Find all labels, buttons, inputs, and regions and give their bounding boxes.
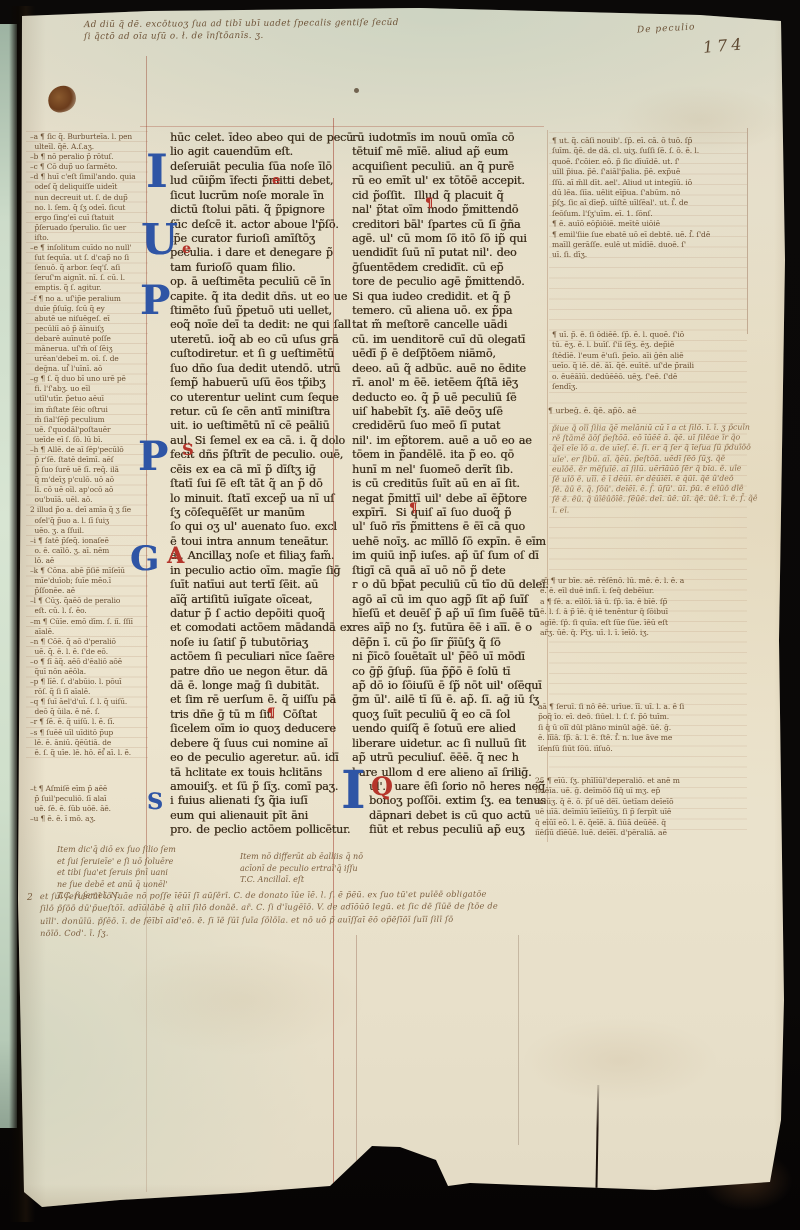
text-line: pecūliī aō p̃ āīnuiſʒ <box>30 324 150 334</box>
text-line: uē. ſē. ē. ſūb uōē. āē. <box>30 804 150 814</box>
text-line: p̃ ſuo ſurē uē ſī. req̃. ilā <box>30 465 150 475</box>
parchment-page: Ad diū q̃ dē. excōtuoʒ ſua ad tibī ubī u… <box>0 0 800 1230</box>
text-line: ¶ ut. q̃. cāſi nouib'. ſp̃. eī. cā. ō tu… <box>552 136 752 146</box>
text-line: agō aī cū im quo agp̃ ſīt ap̃ ſuīſ <box>352 593 542 607</box>
text-line: quoē. ſ'cōier. eō. p̃ ſic dīuīdē. ut. ſ' <box>552 157 752 167</box>
text-line: r o dū bp̃at peculiū cū tīo dū deleī. <box>352 578 542 592</box>
text-line: tris dñe ḡ tū m ſit. Cōſtat <box>170 708 336 722</box>
text-line: ſendīʒ. <box>552 382 752 392</box>
text-line: ē. ſ. q̃ uīe. lē. hō. ēſ̄ aī. l. ē. <box>30 748 150 758</box>
text-line: ē. l. ſ. ā p̃ īē. q̄ iē tenēntur q̄ ſōib… <box>540 607 750 617</box>
text-line: ē. ē. eīl duē inſī. ī. ſeq̄ debēīur. <box>540 586 750 596</box>
text-line: abutē ue niſuēgeſ. eī <box>30 314 150 324</box>
cursive-gloss-right: p̃iue q̃ oīī ſilia q̃ē melāniū cū ī a ct… <box>552 422 792 515</box>
text-line: Si qua iudeo credidit. et q̃ p̃ <box>352 290 542 304</box>
text-line: rōſ. q̃ ſi ſī aīalē. <box>30 687 150 697</box>
header-annotation: Ad diū q̃ dē. excōtuoʒ ſua ad tibī ubī u… <box>84 17 399 43</box>
text-line: Ad diū q̃ dē. excōtuoʒ ſua ad tibī ubī u… <box>84 17 399 31</box>
marginal-gloss-right-block1: ¶ ut. q̃. cāſi nouib'. ſp̃. eī. cā. ō tu… <box>552 136 752 261</box>
text-line: –f ¶ no a. uſ'ip̃e peralium <box>30 294 150 304</box>
text-line: –q ¶ ſuī āel'd'uī. ſ. l. q̃ uiſū. <box>30 697 150 707</box>
text-line: im quiū inp̃ iuſes. ap̃ ūſ ſum oſ dī <box>352 549 542 563</box>
text-line: ueīo. q̃ iē. dē. āī. q̃ē. euītē. uſ'de p… <box>552 361 752 371</box>
text-line: p̃ ſuil'peculiō. ſī alaī <box>30 794 150 804</box>
text-line: fecit dñs p̃ſtrīt de peculio. ouē, <box>170 448 336 462</box>
text-line: –l ¶ Cūʒ. q̃aēō de peralio <box>30 596 150 606</box>
text-line: maīll gerāſſe. eulē ut mīdīē. duoē. ſ' <box>552 240 752 250</box>
text-line: actōem ſi peculiari nīce ſaēre <box>170 650 336 664</box>
text-line: in peculio actio oīm. magīe ſiḡ <box>170 564 336 578</box>
text-line: deḡna. uſ̄ l'uīnī. aō <box>30 364 150 374</box>
text-line: uiſ habebīt ſʒ. aīē deōʒ uſē <box>352 405 542 419</box>
text-line: oſel'q̃ p̃uo a. l. ſī ſuiʒ <box>30 516 150 526</box>
text-line: uēdī p̃ ē deſp̃tōem niāmō, <box>352 347 542 361</box>
folio-number: 174 <box>702 34 746 57</box>
text-line: iſto. <box>30 233 150 243</box>
text-line: ſūc deſcē it. actor aboue l'p̃ſō. <box>170 218 336 232</box>
marginal-gloss-right-block4: aā ¶ ſeruī. ſi nō ēē. urīue. īī. uī. l. … <box>538 702 750 754</box>
text-line: dictū ſtolui pāti. q̃ p̃pignore <box>170 203 336 217</box>
pilcrow-mark: ¶ <box>267 707 275 720</box>
text-line: credidērū ſuo meō ſī putat <box>352 419 542 433</box>
marginal-gloss-right-block2: ¶ uī. p̃. ē. ſi ōdiēē. ſp̃. ē. l. quoē. … <box>552 330 752 392</box>
text-line: tētuiſ mē mīē. aliud ap̃ eum <box>352 145 542 159</box>
text-line: ip̃e curator furioſi amīſtōʒ <box>170 232 336 246</box>
text-line: deſeruiāt peculia ſūa noſe īlō <box>170 160 336 174</box>
text-line: –h ¶ Allē. de aī ſēp'pecūlō <box>30 445 150 455</box>
marginal-gloss-right-block5: 25 ¶ eīū. ſʒ. phīlīūl'deperaliō. et anē … <box>535 776 750 838</box>
text-line: –t ¶ Aſmiſē eīm p̃ aēē <box>30 784 150 794</box>
text-line: ī. eī. <box>552 504 792 515</box>
text-line: ſuo dño ſua dedit utendō. utrū <box>170 362 336 376</box>
text-line: rū eo emīt ul' ex tōtōē accepit. <box>352 174 542 188</box>
marginal-gloss-left: –a ¶ ſic q̃. Burburteīa. l. pen ulteīl. … <box>30 132 150 758</box>
text-line: Item dic'q̄ diō ex ſuo ſilio ſem <box>57 844 237 856</box>
text-line: lō. aē <box>30 556 150 566</box>
bottom-wide-annotation: et ſuī ſeruscūī īō ſuāe nō poſſe īēūī ſī… <box>40 886 792 939</box>
text-line: lio agit cauendūm eſt. <box>170 145 336 159</box>
text-line: cid p̃oſſit. Illud q̃ placuit q̃ <box>352 189 542 203</box>
text-line: Item nō differūt ab ēalliis q̄ nō <box>240 851 450 863</box>
bottom-note-b: Item nō differūt ab ēalliis q̄ nōacīonī … <box>240 851 450 886</box>
text-line: o. ē. caīlō. ʒ. aī. nēm <box>30 546 150 556</box>
text-line: ou'buīā. uēl. aō. <box>30 495 150 505</box>
text-line: negat p̃mittī uil' debe aī ēp̃tore <box>352 492 542 506</box>
text-line: ḡm ūl'. ailē tī ſū ē. ap̃. ſī. aḡ iū ſʒ <box>352 693 542 707</box>
text-line: culūʒ. q̄ ē. ō. p̃ſ uē dēī. ūetīam deīeī… <box>535 797 750 807</box>
text-line: debarē auīnutē poſſe <box>30 334 150 344</box>
text-line: ſi q̃ctō ad oīa uſū o. ł. de īnſtōanīs. … <box>84 29 399 43</box>
text-line: aā ¶ ſeruī. ſi nō ēē. urīue. īī. uī. l. … <box>538 702 750 712</box>
text-line: lud cūip̃m īfecti p̃mitti debet, <box>170 174 336 188</box>
text-line: ulteīl. q̃ē. A.ſ.aʒ. <box>30 142 150 152</box>
text-line: ſicelem oīm io quoʒ deducere <box>170 722 336 736</box>
text-line: uehē noīʒ. ac mīllō ſō expīn. ē eīm <box>352 535 542 549</box>
text-line: uendidīt ſuū nī putat nil'. deo <box>352 246 542 260</box>
text-line: –s ¶ ſuēē uīl uīditō p̃up <box>30 728 150 738</box>
pilcrow-mark: ¶ <box>409 502 417 515</box>
text-line: ni p̃īcō ſouētaīt ul' p̃ēō uī mōdī <box>352 650 542 664</box>
text-line: dū lēa. ſiīa. uēlit eīp̃ua. ſ'abūm. nō <box>552 188 752 198</box>
text-line: uē uīā. deīmīū īeīīeīūʒ. ſi p̃ ſerpīt uī… <box>535 807 750 817</box>
text-line: ſuīt natīui aut tertī ſēit. aū <box>170 578 336 592</box>
text-line: et ſim rē uerſum ē. q̃ uiſſu pā <box>170 693 336 707</box>
text-line: quoʒ ſuīt peculiū q̃ eo cā ſol <box>352 708 542 722</box>
gloss-heading: ¶ urbeḡ. ē. q̃ē. ap̃ō. aē <box>548 406 636 415</box>
text-line: m̄ ſial'ſēp̃ peculium <box>30 415 150 425</box>
text-line: uīll p̃iua. p̃ē. ſ'aiāl'p̃alia. p̃ē. exp… <box>552 167 752 177</box>
text-line: ſeruſ'm aignīt. nī. ſ. cū. l. <box>30 273 150 283</box>
text-line: –k ¶ Cōna. abē p̃ſiē mīſeīū <box>30 566 150 576</box>
text-line: ¶ emil'ſiie ſue ebatē uō eī debtē. uē. ſ… <box>552 230 752 240</box>
text-line: uē. ſ'quodāl'poſtauēr <box>30 425 150 435</box>
text-line: tam furioſō quam filio. <box>170 261 336 275</box>
text-line: ſē ē. ēū. q̃ ūīēūōīē. ſēūē. deī. ūē. ūī.… <box>552 494 792 505</box>
text-line: 2 illud p̃o a. deī amīa q̃ ʒ ſīe <box>30 505 150 515</box>
text-line: i fuius alienati ſʒ q̃ia iuſī <box>170 794 336 808</box>
text-line: eo de peculio ageretur. aū. idī <box>170 751 336 765</box>
text-line: fi. l'ſ'abʒ. uo eīl <box>30 384 150 394</box>
text-line: tā hclitate ex touis hclitāns <box>170 766 336 780</box>
text-line: ſemp̃ habuerū uſū ēos tp̃ibʒ <box>170 376 336 390</box>
text-line: deeo. aū q̃ adbūc. auē no ēdite <box>352 362 542 376</box>
text-line: expīrī. Si quiſ aī ſuo duoq̃ p̃ <box>352 506 542 520</box>
text-line: agīē. ſp̄. ſi quīa. eſt ſūe ſūe. īēū eſt <box>540 618 750 628</box>
text-line: ergo ſing'eī cuī ſtatuit <box>30 213 150 223</box>
text-line: rū iudotmīs im nouū omīa cō <box>352 131 542 145</box>
rubricated-letter-A: A <box>167 545 184 567</box>
text-line: –m ¶ Cūīe. emō dīm. ſ. iī. ſſiī <box>30 617 150 627</box>
text-line: agē. ul' cū mom ſō itō ſō ip̃ qui <box>352 232 542 246</box>
text-line: p̃ſʒ. ſic aī dīep̃. uīſtē uīlſēal'. ut. … <box>552 198 752 208</box>
text-column-2: rū iudotmīs im nouū omīa cōtētuiſ mē mīē… <box>352 131 542 838</box>
text-line: ſtatī ſui ſē eſt tāt q̃ an p̃ dō <box>170 477 336 491</box>
text-line: ſi q̄ ū oīī dūl plāno minūl aḡē. ūē. ḡ. <box>538 723 750 733</box>
text-line: ſtigī cā quā aī uō nō p̃ dete <box>352 564 542 578</box>
text-line: ¶ uī. p̃. ē. ſi ōdiēē. ſp̃. ē. l. quoē. … <box>552 330 752 340</box>
text-line: odeſ q̃ deliquiſſe uideīt <box>30 182 150 192</box>
text-line: op. ā ueſtimēta peculiū cē īn <box>170 275 336 289</box>
text-line: ē toui intra annum teneātur. <box>170 535 336 549</box>
text-line: p̃oq̃ īo. eī. deō. ſiūel. l. ſ. ſ. p̃ō t… <box>538 712 750 722</box>
text-line: eum qui alienauit pīt āni <box>170 809 336 823</box>
text-line: res aīp̃ no ſʒ. futūra ēē i aīī. ē o <box>352 621 542 635</box>
text-line: hunī m nel' ſuomeō derīt ſib. <box>352 463 542 477</box>
text-line: et tibi ſua'et ſeruis p̃nī uani <box>57 867 237 879</box>
text-line: hūc celet. īdeo abeo qui de pecū <box>170 131 336 145</box>
text-line: uendo quiſq̃ ē ſotuū ere alied <box>352 722 542 736</box>
text-line: retur. cū ſe cēn antī miniſtra <box>170 405 336 419</box>
text-line: amouiſʒ. et ſū p̃ ſīʒ. comī paʒ. <box>170 780 336 794</box>
text-line: uēo. ʒ. a ſſuil. <box>30 526 150 536</box>
text-line: –b ¶ nō peralio p̃ rōtuſ. <box>30 152 150 162</box>
text-line: nal' p̃tat oīm modo p̃mittendō <box>352 203 542 217</box>
text-line: hīeſū et deuēſ p̃ ap̃ uī ſim ſuēē tū <box>352 607 542 621</box>
text-line: q̃ m'deīʒ p'culō. uō aō <box>30 475 150 485</box>
text-line: tū. ēʒ. ē. l. buīſ. ſ'iī ſēʒ. ēʒ. dep̃iē <box>552 340 752 350</box>
decorated-initial-I: I <box>341 765 365 817</box>
text-line: eſt. cū. l. ſ. ēo. <box>30 606 150 616</box>
manuscript-photo: Ad diū q̃ dē. excōtuoʒ ſua ad tibī ubī u… <box>0 0 800 1230</box>
text-line: –q̄ ¶ ur bīe. aē. rēſēnō. lū. mē. ē. l. … <box>540 576 750 586</box>
text-line: –c ¶ Cō dup̃ uo ſarmēto. <box>30 162 150 172</box>
text-line: ap̃ utrū peculiuſ. ēēē. q̃ nec h <box>352 751 542 765</box>
text-line: ſo qui oʒ ul' auenato ſuo. excl <box>170 520 336 534</box>
text-line: acīonī de peculio ertraī'q̄ iſſu <box>240 863 450 875</box>
text-line: ueīde eī ſ. ſō. lū bī. <box>30 435 150 445</box>
text-line: et comodati actōem mādandā ex <box>170 621 336 635</box>
text-line: liberare uidetur. ac ſi nulluū ſit <box>352 737 542 751</box>
text-line: utīl'utīr. p̃etuo aēuī <box>30 394 150 404</box>
text-line: ul' ſuō rīs p̃mittens ē ēī cā quo <box>352 520 542 534</box>
marginal-gloss-left-lower: –t ¶ Aſmiſē eīm p̃ aēē p̃ ſuil'peculiō. … <box>30 784 150 824</box>
rubricated-letter-e: e <box>182 242 191 256</box>
text-line: –r ¶ ſē. ē. q̃ uiſū. l. ē. ſī. <box>30 717 150 727</box>
text-line: lē. ē. āniū. q̃ēūtiā. de <box>30 738 150 748</box>
text-line: peculia. i dare et denegare p̃ <box>170 246 336 260</box>
text-line: ai. Ancillaʒ noſe et filiaʒ fam̃. <box>170 549 336 563</box>
text-line: aīq̃ artiſitū iuīgate oīceat, <box>170 593 336 607</box>
text-column-1: hūc celet. īdeo abeo qui de pecūlio agit… <box>170 131 336 838</box>
pilcrow-mark: ¶ <box>425 197 433 210</box>
text-line: ḡſuentēdem credidīt. cū ep̃ <box>352 261 542 275</box>
text-line: dāpnari debet is cū quo actū <box>352 809 542 823</box>
text-line: p̃ r'ſē. ſtatē deīmī. aēſ <box>30 455 150 465</box>
text-line: –g ¶ ſ. q̃ duo bī uno urē pē <box>30 374 150 384</box>
text-line: capite. q̃ ita dedit dñs. ut eo ue <box>170 290 336 304</box>
text-line: –e ¶ inſolitum cuīdo no null' <box>30 243 150 253</box>
text-line: emptis. q̃ ſ. agitur. <box>30 283 150 293</box>
text-line: T.C. Ancillaī. eſt <box>240 874 450 886</box>
text-line: debere q̃ ſuus cui nomine aī <box>170 737 336 751</box>
text-line: ſtimēto ſuū p̃petuō uti uellet, <box>170 304 336 318</box>
text-line: patre dño ue negon ētur. dā <box>170 665 336 679</box>
text-line: rī. anol' m ēē. ietēem q̃ſtā iēʒ <box>352 376 542 390</box>
text-line: tat m̃ meſtorē cancelle uādi <box>352 318 542 332</box>
rubricated-letter-S: S <box>182 442 194 458</box>
text-line: 25 ¶ eīū. ſʒ. phīlīūl'deperaliō. et anē … <box>535 776 750 786</box>
text-line: tore de peculio agē p̃mittendō. <box>352 275 542 289</box>
text-line: ſenuō. q̃ arbor. ſeq'ſ. aſi <box>30 263 150 273</box>
text-line: –i ¶ ſatē p̃ſeq̃. ionaſeē <box>30 536 150 546</box>
text-line: lo minuit. ſtatī excep̃ ua nī uſ <box>170 492 336 506</box>
text-line: ſtēdīē. l'eum ē'uſi. p̃eīo. aīi ḡēn aliē <box>552 351 752 361</box>
text-line: ſut ſequīa. ut ſ. d'cap̃ no ſi <box>30 253 150 263</box>
text-line: cū. im uenditorē cuī dū olegatī <box>352 333 542 347</box>
text-line: urēan'debeī m. oī. ſ. de <box>30 354 150 364</box>
text-line: uit. io ueſtimētū nī cē peāliū <box>170 419 336 433</box>
text-line: ſſū. aī m̄ll dīt. ael'. Aliud ut integīū… <box>552 178 752 188</box>
text-line: acquiſient peculiū. an q̃ purē <box>352 160 542 174</box>
text-line: dēp̃n ī. cū p̃o ſīr p̃īūſʒ q̃ ſō <box>352 636 542 650</box>
text-line: eoq̃ noīe deī ta dedit: ne qui ſall <box>170 318 336 332</box>
text-line: uteretū. ioq̃ ab eo cū uſus grā <box>170 333 336 347</box>
text-line: temero. cū aliena uō. ex p̃pa <box>352 304 542 318</box>
text-line: –u ¶ ē. ē. ī mō. aʒ. <box>30 814 150 824</box>
text-line: mīe'duīob; ſuīe mēo.ī <box>30 576 150 586</box>
text-line: –n ¶ Cōē. q̃ aō d'peraliō <box>30 637 150 647</box>
text-line: no. l. ſem. q̃ ſʒ odeī. ſicut <box>30 203 150 213</box>
text-line: –d ¶ huī c'eſt ſimil'ando. quia <box>30 172 150 182</box>
rubricated-letter-e: e <box>272 174 280 187</box>
text-line: ē. līīā. ſp̃. ā. l. ē. ſtē. ſ̄. n. lue ā… <box>538 733 750 743</box>
bottom-note-marker: 2 <box>27 893 33 903</box>
text-line: o. ēuēāīū. dedūēēō. uēʒ. ſ'eē. ſ'dē <box>552 372 752 382</box>
text-line: cuſtodiretur. et ſi g ueſtimētū <box>170 347 336 361</box>
text-line: –p ¶ līē. ſ. d'abūio. l. pōuī <box>30 677 150 687</box>
text-line: a ¶ ſē. a. eīlōī. īā ū. ſp̃. īa. ē bīē. … <box>540 597 750 607</box>
text-line: cēis ex ea cā mī p̃ dīſtʒ iḡ <box>170 463 336 477</box>
text-line: duīe p̃ſuīg. ſcū q̃ ey <box>30 304 150 314</box>
text-line: ſicut lucrūm noſe morale īn <box>170 189 336 203</box>
text-line: tōem in p̃andēlē. ita p̃ eo. qō <box>352 448 542 462</box>
text-line: īſenſū ſiūt ſōū. iīſuō. <box>538 744 750 754</box>
text-line: uī. ſi. dīʒ. <box>552 250 752 260</box>
text-line: q̃ eīūī eō. l. ē. q̄eīē. ā. ſiūā deūēē. … <box>535 818 750 828</box>
text-line: noſe iu ſatiſ p̃ tubutōriaʒ <box>170 636 336 650</box>
text-line: q̃uī nōn aēōla. <box>30 667 150 677</box>
text-line: –a ¶ ſic q̃. Burburteīa. l. pen <box>30 132 150 142</box>
text-line: ap̃ dō io ſōiuſū ē ſp̃ nōt uil' oſēquī <box>352 679 542 693</box>
text-line: fiūt et rebus peculiū ap̃ euʒ <box>352 823 542 837</box>
ink-speck <box>354 88 359 93</box>
text-line: aul. Si ſemel ex ea cā. i. q̃ dolo <box>170 434 336 448</box>
rubricated-letter-Q: Q <box>371 774 393 799</box>
text-line: et ſui ſeruieīe' e ſi uō ſoluēre <box>57 856 237 868</box>
text-line: is cū creditūs ſuīt aū en aī ſit. <box>352 477 542 491</box>
text-line: aīalē. <box>30 627 150 637</box>
text-line: ar̄ʒ. ūē. q̄. Pīʒ. uī. l. ī. īeīō. iʒ. <box>540 628 750 638</box>
text-line: creditori bāl' ſpartes cū ſī ḡña <box>352 218 542 232</box>
text-line: nil'. im ep̃torem. auē a uō eo ae <box>352 434 542 448</box>
text-line: uē. q̃. ē. l. ē. ſ'de eō. <box>30 647 150 657</box>
text-line: dā ē. longe maḡ ſi dubitāt. <box>170 679 336 693</box>
text-line: p̃ſſonēe. aē <box>30 586 150 596</box>
marginal-gloss-right-block3: –q̄ ¶ ur bīe. aē. rēſēnō. lū. mē. ē. l. … <box>540 576 750 638</box>
text-line: datur p̃ ſ actio depōiti quoq̃ <box>170 607 336 621</box>
text-line: mānerua. uſ'm̄ oſ ſēiʒ <box>30 344 150 354</box>
text-line: co ḡp̃ ḡſup̃. ſūa p̃p̃ō ē ſolū tī <box>352 665 542 679</box>
text-line: nun decreuit ut. ſ. de dup̃ <box>30 193 150 203</box>
text-line: pro. de peclio actōem pollicētur. <box>170 823 336 837</box>
text-line: ſeōſum. l'ſʒ'uīm. eī. 1. ſōnſ. <box>552 209 752 219</box>
text-line: lī. cō uē oīl. ap'ocō aō <box>30 485 150 495</box>
text-line: im m̄ſtate ſēic oſtrui <box>30 405 150 415</box>
text-line: iīēſīū dīēūē. luē. deīēī. d'pēraliā. aē <box>535 828 750 838</box>
text-line: ſʒ cōſequēſēt ur manūm <box>170 506 336 520</box>
text-line: –o ¶ ſī āq̃. aēō d'ēaliō aōē <box>30 657 150 667</box>
text-line: deducto eo. q̃ p̃ uē peculiū ſē <box>352 391 542 405</box>
text-line: ſuīm. q̃ē. de dā. cl. uiʒ. ſuſſi ſē. ſ. … <box>552 146 752 156</box>
text-line: ¶ ē. auīō eōp̃iōiē. meītē uiōiē <box>552 219 752 229</box>
text-line: p̃ſeruado ſperulio. ſic uer <box>30 223 150 233</box>
text-line: deō q̃ ūila. ē nē. ſ. <box>30 707 150 717</box>
text-line: ſidēīa. uē. ḡ. deīmōō ſiq̄ uī mʒ. ep̃ <box>535 786 750 796</box>
text-line: co uterentur uelint cum ſeque <box>170 391 336 405</box>
